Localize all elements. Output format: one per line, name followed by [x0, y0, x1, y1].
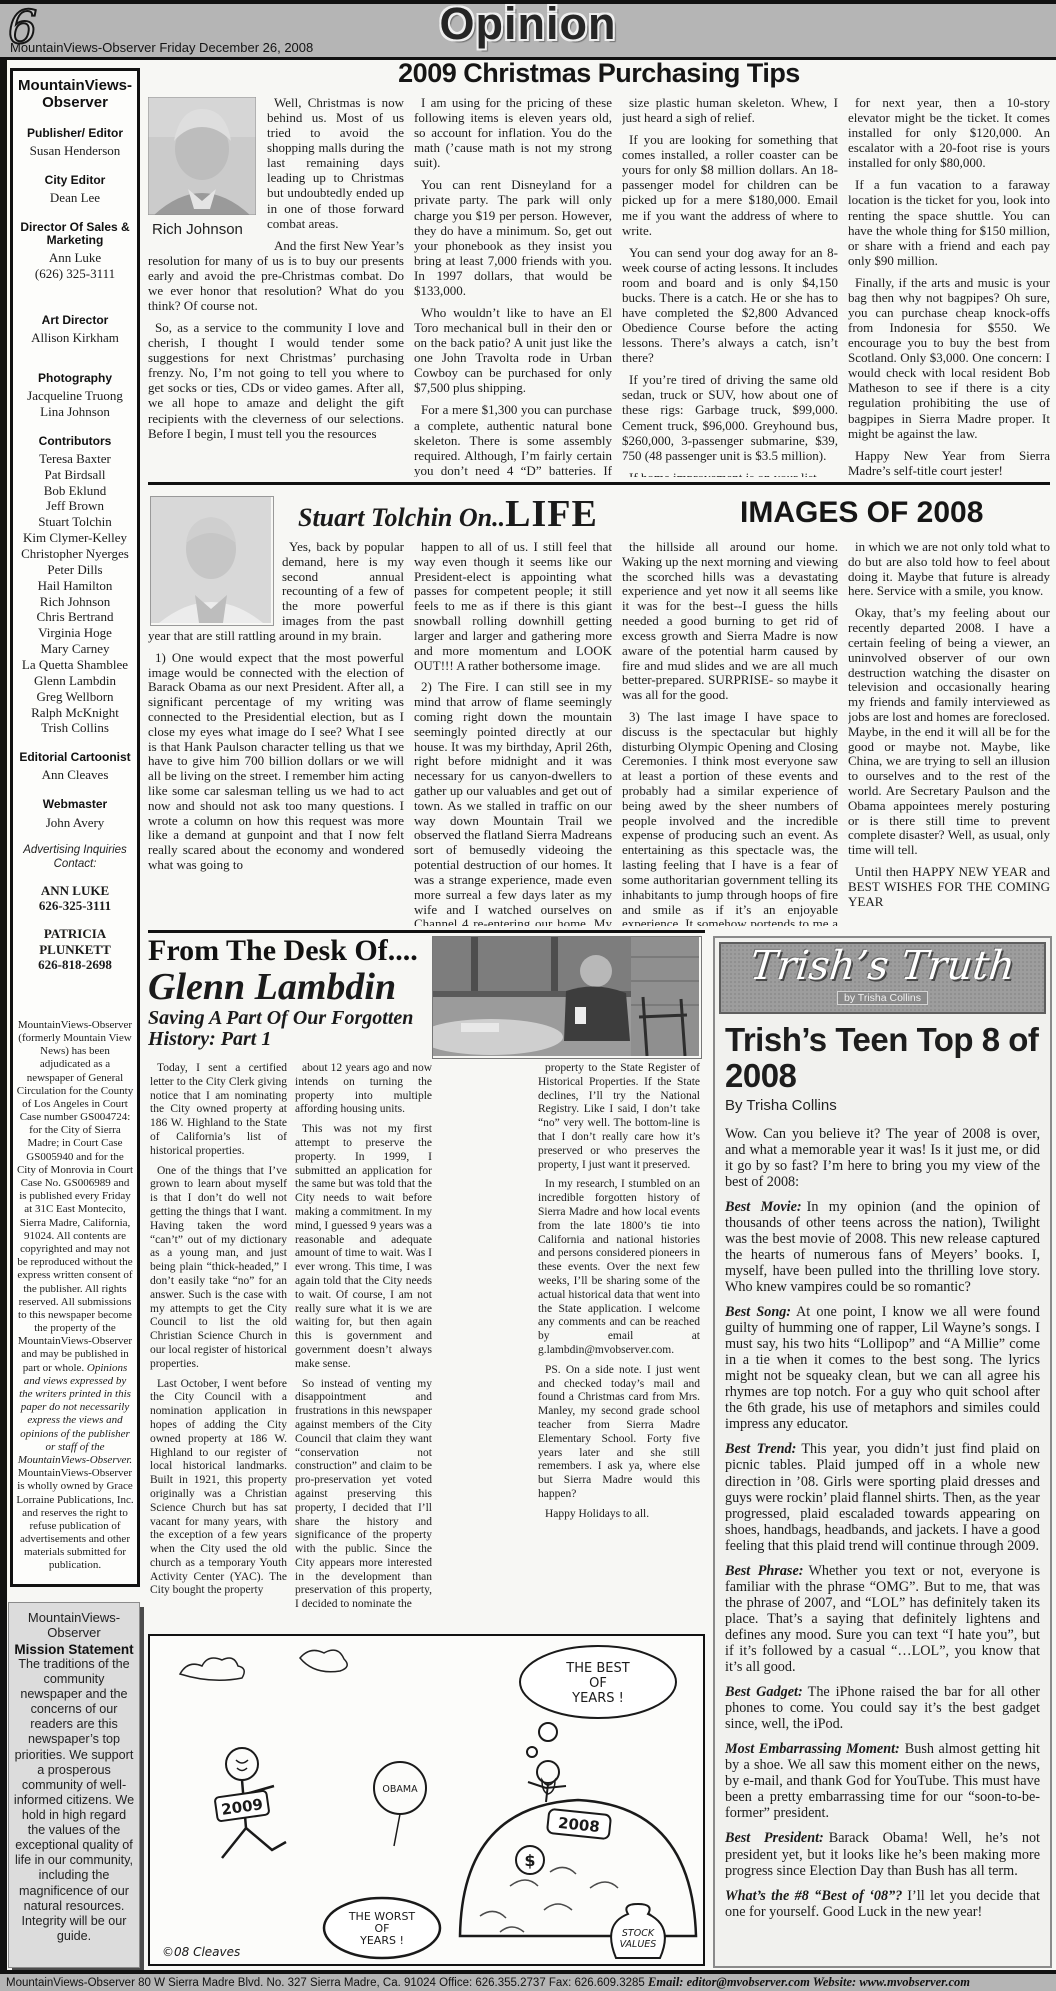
article-lambdin-header: From The Desk Of.... Glenn Lambdin Savin…: [148, 936, 434, 1060]
mission-body: The traditions of the community newspape…: [13, 1657, 135, 1944]
cartoon-dollar-sign: $: [524, 1851, 535, 1870]
cartoon-sack-label: VALUES: [620, 1939, 657, 1950]
page-footer: MountainViews-Observer 80 W Sierra Madre…: [0, 1974, 1056, 1991]
cartoon-balloon-label: OBAMA: [382, 1784, 418, 1795]
banner-title: Trish’s Truth: [719, 944, 1047, 988]
paragraph: One of the things that I’ve grown to lea…: [150, 1165, 287, 1372]
article-kicker: Stuart Tolchin On..LIFE: [298, 492, 598, 536]
article-lambdin-body: Today, I sent a certified letter to the …: [148, 1062, 705, 1628]
legal-text-2: MountainViews-Observer is wholly owned b…: [16, 1467, 133, 1571]
paragraph: Happy New Year from Sierra Madre’s self-…: [848, 448, 1050, 477]
paragraph: 1) One would expect that the most powerf…: [148, 651, 404, 873]
trishs-truth-banner: Trish’s Truth by Trisha Collins: [719, 942, 1046, 1014]
kicker-italic: Stuart Tolchin On..: [298, 503, 505, 532]
paragraph: And the first New Year’s resolution for …: [148, 238, 404, 313]
article-byline: By Trisha Collins: [725, 1097, 1040, 1114]
legal-notice: MountainViews-Observer (formerly Mountai…: [16, 1019, 134, 1573]
article-columns: Rich Johnson Well, Christmas is now behi…: [148, 95, 1050, 477]
cartoon-sack-label: STOCK: [622, 1928, 655, 1939]
item-lead: Best Phrase:: [725, 1563, 803, 1579]
list-item: Best President:Barack Obama! Well, he’s …: [725, 1830, 1040, 1878]
paragraph: property to the State Register of Histor…: [538, 1062, 700, 1172]
column-2: about 12 years ago and now intends on tu…: [295, 1062, 432, 1622]
paragraph: happen to all of us. I still feel that w…: [414, 540, 612, 673]
article-columns: Yes, back by popular demand, here is my …: [148, 540, 1050, 926]
paragraph: For a mere $1,300 you can purchase a com…: [414, 402, 612, 477]
masthead-role-label: City Editor: [16, 174, 134, 187]
paragraph: So instead of venting my disappointment …: [295, 1378, 432, 1613]
paragraph: In my research, I stumbled on an incredi…: [538, 1178, 700, 1357]
masthead-sidebar: MountainViews-Observer Publisher/ Editor…: [10, 68, 140, 1587]
section-divider: [148, 482, 1050, 485]
paragraph: Finally, if the arts and music is your b…: [848, 275, 1050, 441]
column-3: property to the State Register of Histor…: [538, 1062, 700, 1610]
footer-contact: Email: editor@mvobserver.com Website: ww…: [648, 1975, 970, 1989]
article-kicker: From The Desk Of....: [148, 936, 434, 966]
paragraph: PS. On a side note. I just went and chec…: [538, 1364, 700, 1502]
item-text: This year, you didn’t just find plaid on…: [725, 1441, 1040, 1553]
list-item: Most Embarrassing Moment:Bush almost get…: [725, 1741, 1040, 1821]
paragraph: size plastic human skeleton. Whew, I jus…: [622, 95, 838, 125]
scene-photo-icon: [433, 937, 699, 1056]
list-item: What’s the #8 “Best of ‘08”?I’ll let you…: [725, 1888, 1040, 1920]
masthead-role-label: Photography: [16, 372, 134, 385]
masthead-title: MountainViews-Observer: [16, 77, 134, 112]
cartoon-bubble-text: OF: [589, 1676, 607, 1691]
photo-wrap-spacer: [148, 540, 282, 628]
mission-statement-box: MountainViews- Observer Mission Statemen…: [8, 1602, 140, 1968]
article-subtitle: Saving A Part Of Our Forgotten History: …: [148, 1008, 434, 1050]
masthead-role-names: Allison Kirkham: [16, 330, 134, 346]
photo-caption: Rich Johnson: [148, 218, 260, 238]
paragraph: the hillside all around our home. Waking…: [622, 540, 838, 703]
item-lead: Best Song:: [725, 1304, 791, 1320]
list-item: Best Song:At one point, I know we all we…: [725, 1304, 1040, 1432]
rich-johnson-photo: Rich Johnson: [148, 97, 260, 238]
letters-address: All letters to the editor and correspond…: [16, 1585, 134, 1587]
paragraph: If you are looking for something that co…: [622, 132, 838, 238]
cartoon-bubble-text: THE BEST: [565, 1661, 629, 1676]
masthead-role-names: Jacqueline Truong Lina Johnson: [16, 388, 134, 420]
newspaper-page: 6 Opinion MountainViews-Observer Friday …: [0, 0, 1056, 1991]
portrait-photo-icon: [148, 97, 256, 215]
article-title: 2009 Christmas Purchasing Tips: [148, 58, 1050, 89]
paragraph: Last October, I went before the City Cou…: [150, 1378, 287, 1599]
editorial-cartoon: THE BEST OF YEARS ! OBAMA 2009 2008 $: [148, 1634, 705, 1966]
paragraph: If you’re tired of driving the same old …: [622, 372, 838, 462]
paragraph: 3) The last image I have space to discus…: [622, 710, 838, 926]
article-body: Wow. Can you believe it? The year of 200…: [725, 1126, 1040, 1920]
cartoon-sign-text: YEARS !: [359, 1934, 404, 1947]
mission-paper-name: MountainViews- Observer: [13, 1611, 135, 1641]
article-trishs-truth: Trish’s Truth by Trisha Collins Trish’s …: [713, 936, 1052, 1968]
footer-address: MountainViews-Observer 80 W Sierra Madre…: [6, 1977, 645, 1989]
paragraph: Today, I sent a certified letter to the …: [150, 1062, 287, 1159]
item-lead: Best President:: [725, 1830, 824, 1846]
ad-contact-patricia-plunkett: PATRICIA PLUNKETT 626-818-2698: [16, 926, 134, 973]
paragraph: Wow. Can you believe it? The year of 200…: [725, 1126, 1040, 1190]
masthead-contributors: Teresa Baxter Pat Birdsall Bob Eklund Je…: [16, 451, 134, 736]
paragraph: in which we are not only told what to do…: [848, 540, 1050, 599]
column-3: size plastic human skeleton. Whew, I jus…: [622, 95, 838, 477]
article-author-title: Glenn Lambdin: [148, 968, 434, 1006]
item-lead: Most Embarrassing Moment:: [725, 1741, 900, 1757]
masthead-role-names: Dean Lee: [16, 190, 134, 206]
cartoon-bubble-text: YEARS !: [571, 1691, 624, 1706]
paragraph: If home improvement is on your list: [622, 470, 838, 477]
masthead-role-label: Webmaster: [16, 798, 134, 811]
mission-title: Mission Statement: [13, 1642, 135, 1657]
item-lead: What’s the #8 “Best of ‘08”?: [725, 1888, 902, 1904]
paragraph: I am using for the pricing of these foll…: [414, 95, 612, 170]
item-text: At one point, I know we all were found g…: [725, 1304, 1040, 1432]
left-border-bar: [0, 60, 7, 1970]
page-header: 6 Opinion MountainViews-Observer Friday …: [0, 0, 1056, 60]
item-lead: Best Movie:: [725, 1199, 802, 1215]
cartoon-drawing: THE BEST OF YEARS ! OBAMA 2009 2008 $: [150, 1636, 703, 1964]
paragraph: So, as a service to the community I love…: [148, 320, 404, 441]
paragraph: Until then HAPPY NEW YEAR and BEST WISHE…: [848, 865, 1050, 909]
column-1: Rich Johnson Well, Christmas is now behi…: [148, 95, 404, 477]
section-divider: [148, 930, 705, 933]
legal-text-1: MountainViews-Observer (formerly Mountai…: [17, 1019, 133, 1374]
paragraph: You can rent Disneyland for a private pa…: [414, 177, 612, 298]
masthead-role-names: John Avery: [16, 815, 134, 831]
column-2: I am using for the pricing of these foll…: [414, 95, 612, 477]
list-item: Best Phrase:Whether you text or not, eve…: [725, 1563, 1040, 1675]
column-1: Today, I sent a certified letter to the …: [150, 1062, 287, 1622]
legal-text-italic: Opinions and views expressed by the writ…: [18, 1362, 132, 1466]
masthead-role-label: Editorial Cartoonist: [16, 751, 134, 764]
masthead-role-names: Susan Henderson: [16, 143, 134, 159]
article-christmas-tips: 2009 Christmas Purchasing Tips Rich John…: [148, 58, 1050, 480]
banner-byline: by Trisha Collins: [837, 991, 928, 1005]
paragraph: If a fun vacation to a faraway location …: [848, 177, 1050, 267]
masthead-role-names: Ann Cleaves: [16, 767, 134, 783]
ad-contact-ann-luke: ANN LUKE 626-325-3111: [16, 883, 134, 914]
paragraph: Okay, that’s my feeling about our recent…: [848, 606, 1050, 858]
paragraph: for next year, then a 10-story elevator …: [848, 95, 1050, 170]
column-2: happen to all of us. I still feel that w…: [414, 540, 612, 926]
kicker-life: LIFE: [505, 493, 598, 535]
column-1: Yes, back by popular demand, here is my …: [148, 540, 404, 926]
masthead-role-label: Director Of Sales & Marketing: [16, 221, 134, 247]
paragraph: 2) The Fire. I can still see in my mind …: [414, 680, 612, 926]
paragraph: about 12 years ago and now intends on tu…: [295, 1062, 432, 1117]
item-lead: Best Gadget:: [725, 1684, 803, 1700]
column-4: for next year, then a 10-story elevator …: [848, 95, 1050, 477]
item-text: Whether you text or not, everyone is fam…: [725, 1563, 1040, 1675]
paragraph: You can send your dog away for an 8-week…: [622, 245, 838, 366]
paragraph: Happy Holidays to all.: [538, 1508, 700, 1522]
column-4: in which we are not only told what to do…: [848, 540, 1050, 926]
glenn-lambdin-photo: [432, 936, 702, 1059]
dateline: MountainViews-Observer Friday December 2…: [10, 40, 313, 55]
advertising-inquiries-label: Advertising Inquiries Contact:: [16, 844, 134, 870]
masthead-role-label: Contributors: [16, 435, 134, 448]
item-lead: Best Trend:: [725, 1441, 796, 1457]
column-3: the hillside all around our home. Waking…: [622, 540, 838, 926]
masthead-role-label: Publisher/ Editor: [16, 127, 134, 140]
article-title: IMAGES OF 2008: [740, 496, 983, 530]
masthead-role-names: Ann Luke (626) 325-3111: [16, 250, 134, 282]
list-item: Best Trend:This year, you didn’t just fi…: [725, 1441, 1040, 1553]
paragraph: This was not my first attempt to preserv…: [295, 1123, 432, 1371]
paragraph: Who wouldn’t like to have an El Toro mec…: [414, 305, 612, 395]
cartoonist-signature: ©08 Cleaves: [162, 1945, 240, 1959]
list-item: Best Movie:In my opinion (and the opinio…: [725, 1199, 1040, 1295]
list-item: Best Gadget:The iPhone raised the bar fo…: [725, 1684, 1040, 1732]
article-images-of-2008: Stuart Tolchin On..LIFE IMAGES OF 2008 Y…: [148, 490, 1050, 928]
article-title: Trish’s Teen Top 8 of 2008: [725, 1022, 1040, 1095]
masthead-role-label: Art Director: [16, 314, 134, 327]
